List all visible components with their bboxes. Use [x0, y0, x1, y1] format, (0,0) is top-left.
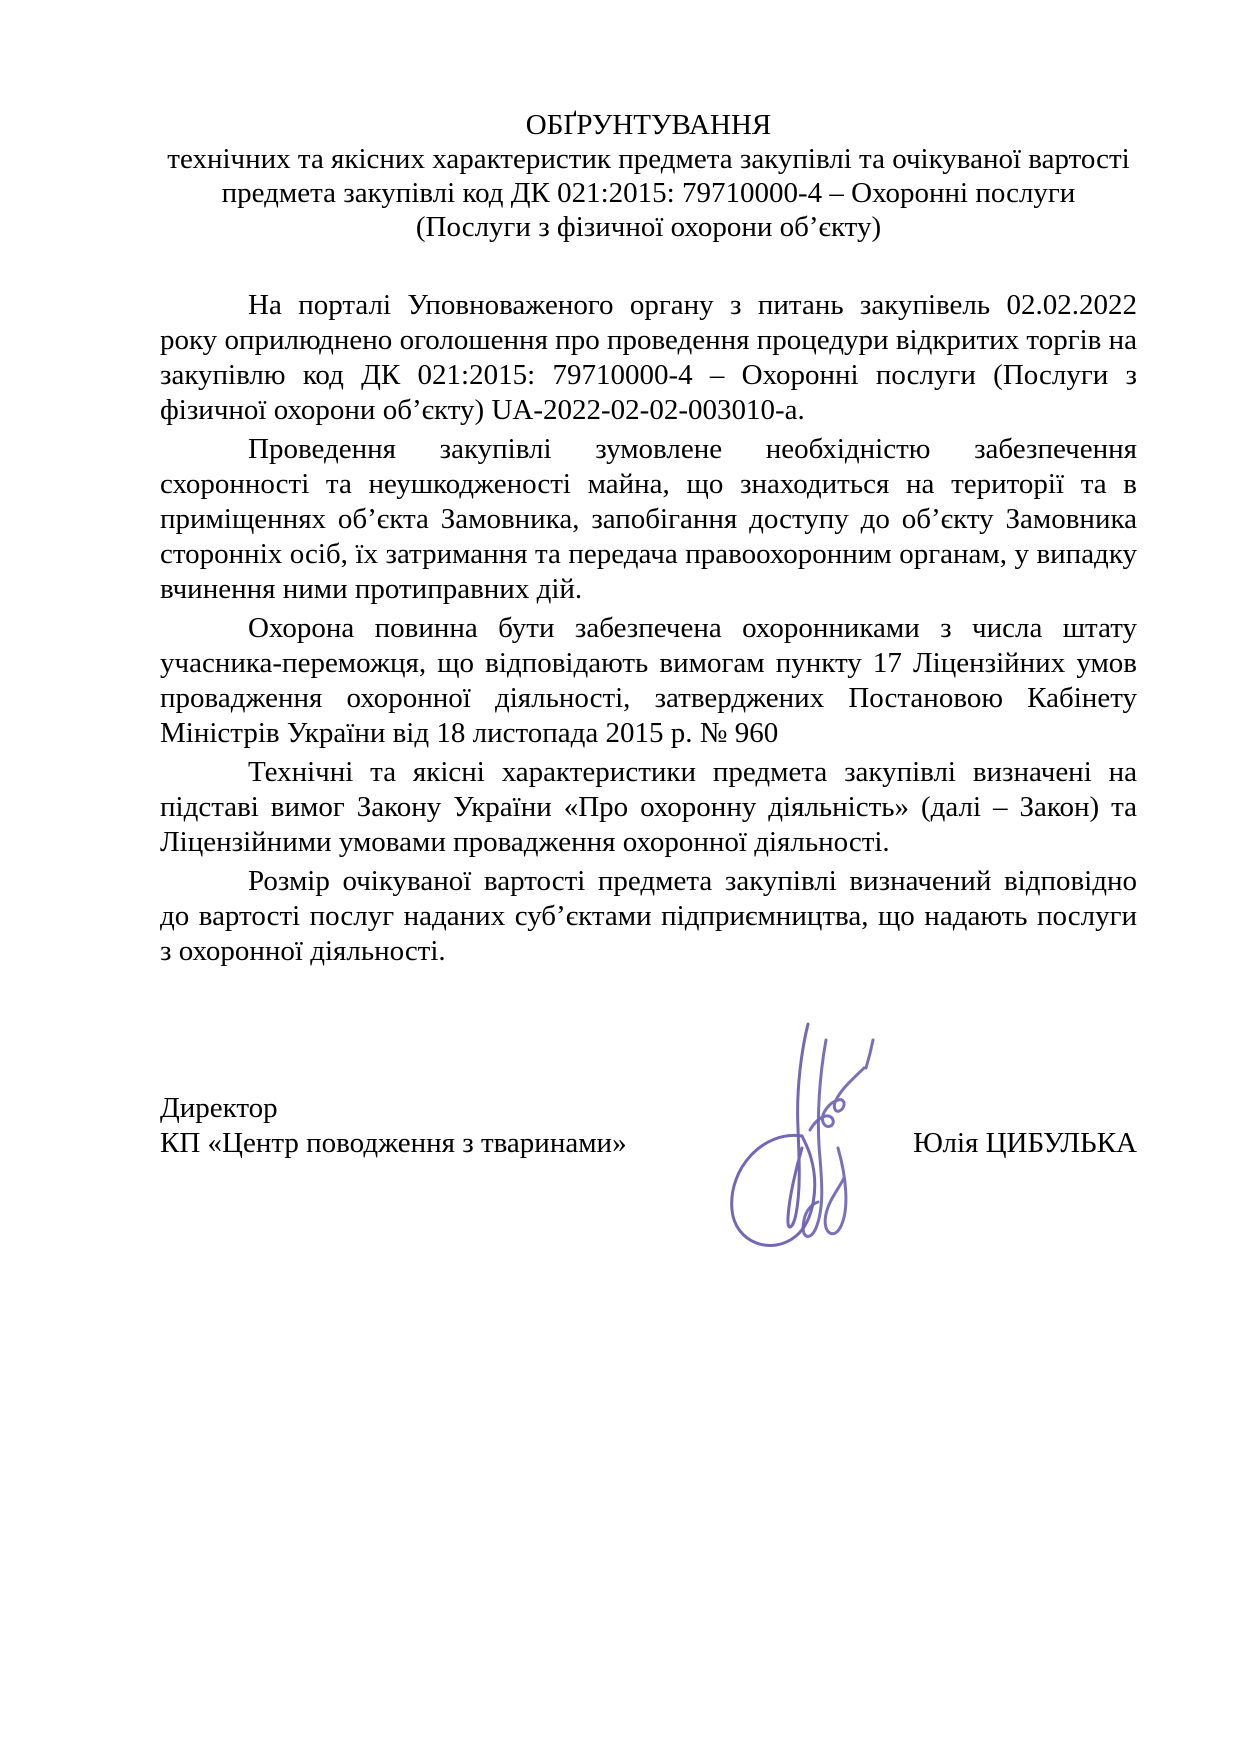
document-body: На порталі Уповноваженого органу з питан… — [160, 288, 1137, 969]
document-page: ОБҐРУНТУВАННЯ технічних та якісних харак… — [0, 0, 1241, 1755]
signer-organization: КП «Центр поводження з тваринами» — [160, 1126, 627, 1161]
title-subtitle-line-2: предмета закупівлі код ДК 021:2015: 7971… — [160, 176, 1137, 210]
document-title: ОБҐРУНТУВАННЯ — [160, 108, 1137, 142]
document-title-block: ОБҐРУНТУВАННЯ технічних та якісних харак… — [160, 108, 1137, 244]
document-content: ОБҐРУНТУВАННЯ технічних та якісних харак… — [160, 0, 1137, 1161]
signer-position: Директор КП «Центр поводження з тваринам… — [160, 1091, 627, 1161]
signer-name: Юлія ЦИБУЛЬКА — [913, 1126, 1137, 1161]
paragraph-expected-value: Розмір очікуваної вартості предмета заку… — [160, 864, 1137, 969]
paragraph-announcement: На порталі Уповноваженого органу з питан… — [160, 288, 1137, 428]
title-subtitle-line-3: (Послуги з фізичної охорони об’єкту) — [160, 210, 1137, 244]
paragraph-guard-requirements: Охорона повинна бути забезпечена охоронн… — [160, 611, 1137, 751]
signature-block: Директор КП «Центр поводження з тваринам… — [160, 1091, 1137, 1161]
title-subtitle-line-1: технічних та якісних характеристик предм… — [160, 142, 1137, 176]
paragraph-technical-characteristics: Технічні та якісні характеристики предме… — [160, 755, 1137, 860]
signer-position-title: Директор — [160, 1091, 627, 1126]
paragraph-purpose: Проведення закупівлі зумовлене необхідні… — [160, 432, 1137, 607]
